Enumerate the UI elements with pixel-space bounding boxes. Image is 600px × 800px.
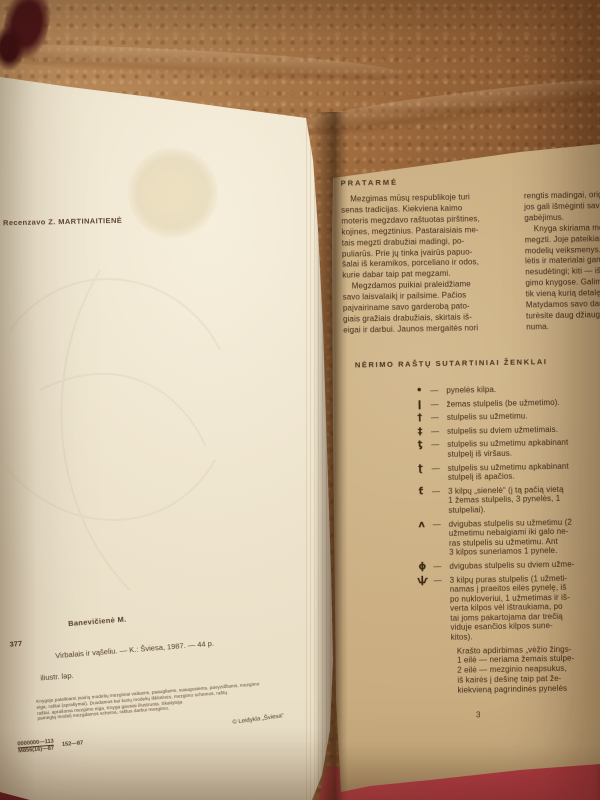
dash: — (431, 562, 449, 572)
text-line: numa. (526, 320, 600, 333)
symbol-row: ѱ—3 kilpų puras stulpelis (1 užmeti-nama… (348, 572, 600, 644)
right-page-content: PRATARMĖ Mezgimas mūsų respublikoje turi… (341, 173, 600, 798)
dash: — (430, 487, 448, 516)
symbol-description: žemas stulpelis (be užmetimo). (446, 397, 559, 409)
text-line: turėsite daug džiaugsmo (526, 309, 600, 322)
symbol-description: stulpelis su užmetimu apkabinantstulpelį… (447, 438, 568, 459)
text-line: žemas stulpelis (be užmetimo). (446, 397, 559, 409)
symbol-row: ƫ—stulpelis su užmetimu apkabinantstulpe… (345, 437, 600, 461)
dash: — (428, 399, 446, 409)
text-line: kitos). (451, 631, 571, 643)
text-line: stulpelį iš apačios. (448, 471, 569, 483)
preface-column-2: rengtis madingai, origina-jos gali išmėg… (524, 190, 600, 334)
book-photo: Recenzavo Z. MARTINAITIENĖ Banevičienė M… (0, 0, 600, 800)
text-line: 1 žemas stulpelis, 3 pynelės, 1 (448, 494, 564, 506)
symbol-row: •—pynelės kilpa. (344, 382, 600, 397)
text-line: dvigubas stulpelis su dviem užme- (449, 560, 574, 572)
page-number: 3 (476, 710, 481, 719)
post-around-front-symbol: ƫ (411, 441, 429, 460)
text-line: megzti. Joje pateikiamų (525, 233, 600, 246)
dash: — (430, 463, 448, 482)
text-line: jos gali išmėginti savo su- (524, 200, 600, 213)
symbol-row: ‡—stulpelis su dviem užmetimais. (345, 423, 600, 438)
text-line: Knyga skiriama mokan- (524, 222, 600, 235)
symbol-description: dvigubas stulpelis su užmetimu (2užmetim… (449, 517, 573, 558)
dash: — (429, 413, 447, 423)
preface-column-1: Mezgimas mūsų respublikoje turisenas tra… (341, 191, 525, 336)
symbol-description: dvigubas stulpelis su dviem užme- (449, 560, 574, 572)
code-fraction: 0000000—113 M856(16)—87 (17, 739, 54, 755)
picot-symbol: ƭ (412, 487, 430, 516)
dash: — (429, 427, 447, 437)
symbol-row: ɸ—dvigubas stulpelis su dviem užme- (347, 558, 600, 573)
symbol-row: ʈ—stulpelis su užmetimu apkabinantstulpe… (346, 460, 600, 484)
symbol-row: ʌ—dvigubas stulpelis su užmetimu (2užmet… (347, 516, 600, 560)
text-line: eigai ir darbui. Jaunos mergaitės nori (343, 322, 525, 336)
bibliographic-block: Banevičienė M. 377 Virbalais ir vąšeliu.… (6, 597, 365, 755)
dash: — (432, 575, 451, 642)
text-line: stulpelis su dviem užmetimais. (447, 425, 558, 437)
text-line: stulpeliai). (448, 504, 564, 516)
udk-code: 377 (9, 639, 22, 649)
chain-loop-symbol: • (410, 386, 428, 396)
symbol-row: †—stulpelis su užmetimu. (345, 410, 600, 425)
edge-finishing-note: Krašto apdirbimas „vėžio žings-1 eilė — … (457, 643, 600, 695)
post-two-yarnovers-symbol: ‡ (411, 427, 429, 437)
post-around-back-symbol: ʈ (412, 464, 430, 483)
symbol-row: ƭ—3 kilpų „sienelė“ (į tą pačią vietą1 ž… (346, 483, 600, 517)
symbol-row: ǀ—žemas stulpelis (be užmetimo). (344, 396, 600, 411)
dark-stain (0, 26, 24, 70)
double-post-cluster-symbol: ʌ (413, 520, 432, 559)
post-one-yarnover-symbol: † (411, 413, 429, 423)
symbol-description: pynelės kilpa. (446, 385, 496, 395)
flower-watermark (0, 210, 280, 630)
dash: — (429, 440, 447, 459)
text-line: pynelės kilpa. (446, 385, 496, 395)
symbol-description: stulpelis su dviem užmetimais. (447, 425, 558, 437)
low-post-symbol: ǀ (410, 400, 428, 410)
symbol-description: stulpelis su užmetimu apkabinantstulpelį… (448, 461, 569, 482)
symbol-description: 3 kilpų puras stulpelis (1 užmeti-namas … (450, 573, 571, 642)
dash: — (428, 386, 446, 396)
code-right: 152—87 (62, 740, 84, 748)
text-line: 3 kilpos suneriamos 1 pynele. (449, 546, 573, 558)
text-line: stulpelis su užmetimu. (447, 412, 528, 423)
dash: — (431, 519, 450, 558)
puff-stitch-symbol: ѱ (414, 576, 433, 643)
double-post-two-yarnovers-symbol: ɸ (413, 562, 431, 572)
symbol-legend: •—pynelės kilpa.ǀ—žemas stulpelis (be už… (344, 382, 600, 697)
symbols-heading: NĖRIMO RAŠTŲ SUTARTINIAI ŽENKLAI (355, 357, 548, 369)
symbol-description: stulpelis su užmetimu. (447, 412, 528, 423)
text-line: stulpelį iš viršaus. (447, 448, 568, 460)
symbol-description: 3 kilpų „sienelė“ (į tą pačią vietą1 žem… (448, 485, 564, 516)
book-title-line: Virbalais ir vąšeliu. — K.: Šviesa, 1987… (55, 639, 214, 660)
